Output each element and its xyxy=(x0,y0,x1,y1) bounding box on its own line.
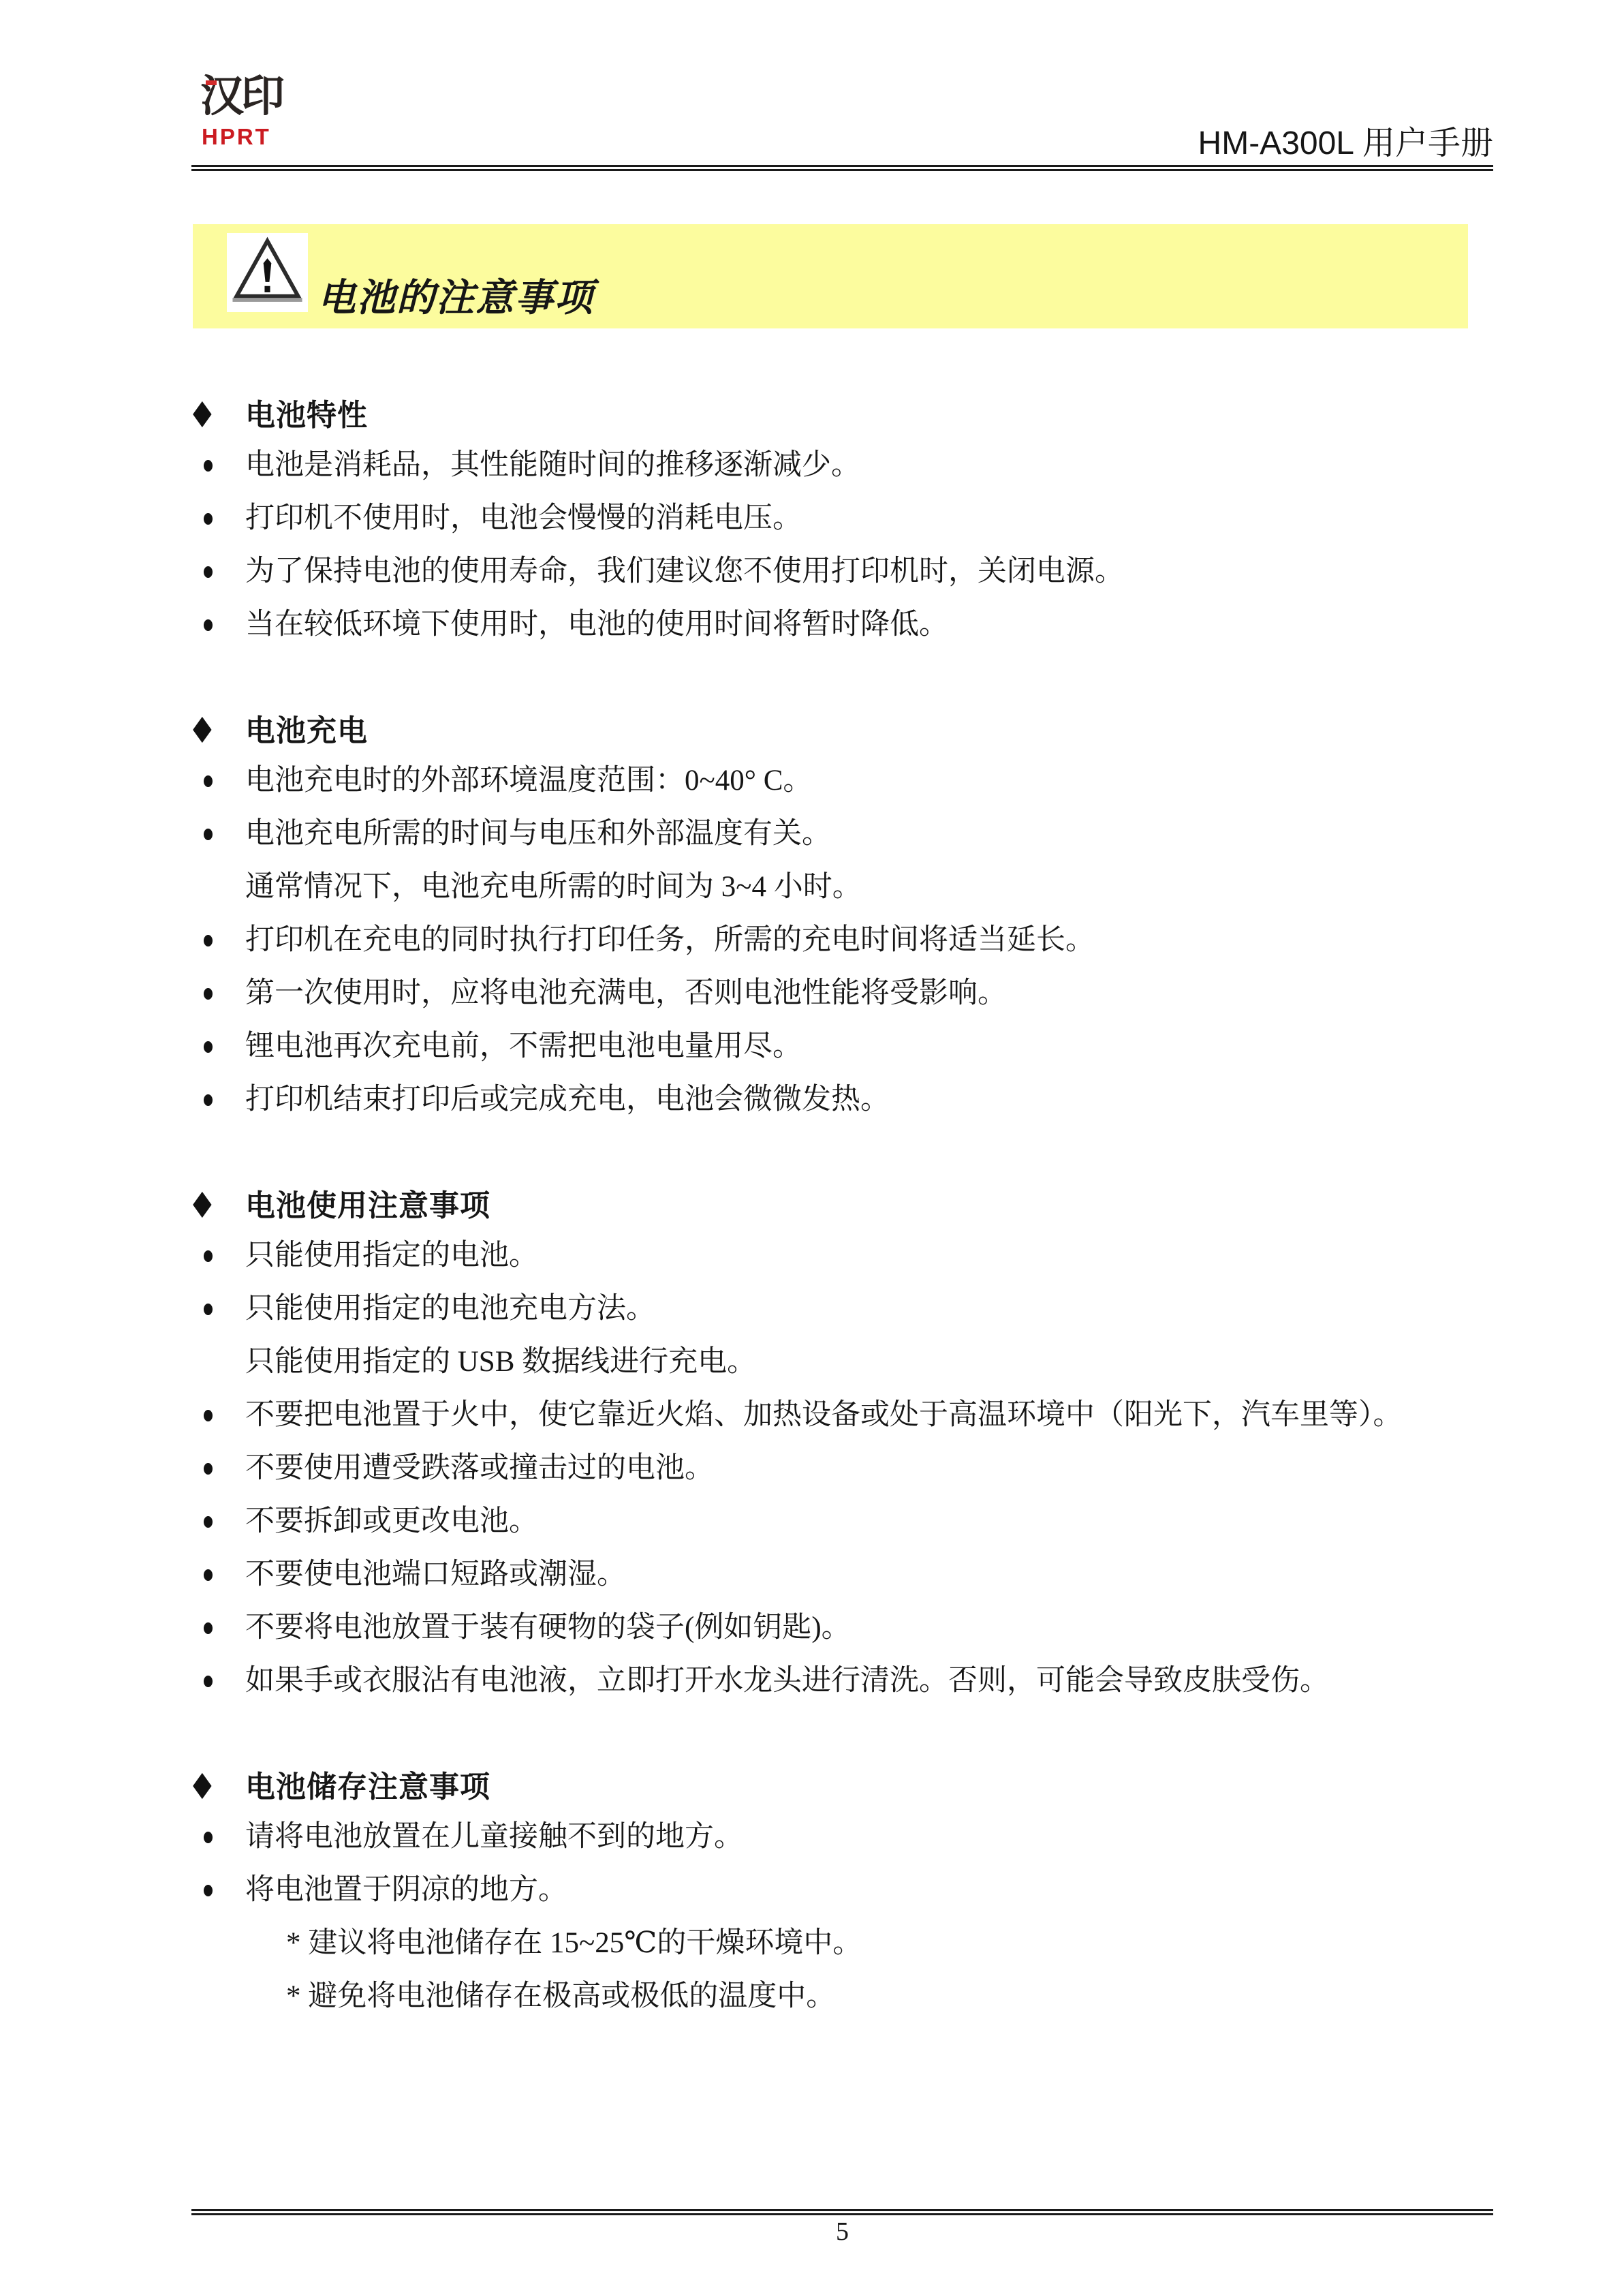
bullet-item: 只能使用指定的电池。 xyxy=(193,1229,1528,1282)
banner-title: 电池的注意事项 xyxy=(317,279,594,318)
item-text: 只能使用指定的电池。 xyxy=(245,1239,538,1272)
bullet-dot-icon xyxy=(204,775,213,787)
page-number: 5 xyxy=(191,2219,1493,2245)
bullet-dot-icon xyxy=(204,829,213,840)
bullet-item: 为了保持电池的使用寿命，我们建议您不使用打印机时，关闭电源。 xyxy=(193,545,1528,598)
bullet-dot-icon xyxy=(204,566,213,578)
bullet-item: 不要把电池置于火中，使它靠近火焰、加热设备或处于高温环境中（阳光下，汽车里等）。 xyxy=(193,1389,1528,1442)
hprt-logo-en: HPRT xyxy=(202,125,271,148)
item-text: 请将电池放置在儿童接触不到的地方。 xyxy=(245,1821,743,1853)
bullet-dot-icon xyxy=(204,1410,213,1421)
continuation-item: 只能使用指定的 USB 数据线进行充电。 xyxy=(193,1336,1528,1389)
bullet-item: 电池充电时的外部环境温度范围：0~40° C。 xyxy=(193,754,1528,807)
manual-page: 汉印 HPRT HM-A300L用户手册 电池的注意事项 ◆电池特性电池是消耗品… xyxy=(0,0,1624,2295)
note-item: * 避免将电池储存在极高或极低的温度中。 xyxy=(193,1970,1528,2023)
section-heading-text: 电池使用注意事项 xyxy=(245,1181,490,1224)
bullet-dot-icon xyxy=(204,619,213,631)
bullet-dot-icon xyxy=(204,1885,213,1896)
item-text: 不要将电池放置于装有硬物的袋子(例如钥匙)。 xyxy=(245,1612,851,1644)
section-3: ◆电池使用注意事项只能使用指定的电池。只能使用指定的电池充电方法。只能使用指定的… xyxy=(193,1176,1528,1708)
section-heading: ◆电池充电 xyxy=(193,701,1528,754)
bullet-item: 请将电池放置在儿童接触不到的地方。 xyxy=(193,1811,1528,1864)
bullet-item: 当在较低环境下使用时，电池的使用时间将暂时降低。 xyxy=(193,598,1528,651)
item-text: 将电池置于阴凉的地方。 xyxy=(245,1874,567,1906)
bullet-item: 第一次使用时，应将电池充满电，否则电池性能将受影响。 xyxy=(193,967,1528,1020)
bullet-dot-icon xyxy=(204,1569,213,1581)
item-text: 不要把电池置于火中，使它靠近火焰、加热设备或处于高温环境中（阳光下，汽车里等）。 xyxy=(245,1399,1403,1431)
bullet-dot-icon xyxy=(204,988,213,1000)
section-heading-text: 电池储存注意事项 xyxy=(245,1762,490,1806)
item-text: 当在较低环境下使用时，电池的使用时间将暂时降低。 xyxy=(245,609,948,641)
section-4: ◆电池储存注意事项请将电池放置在儿童接触不到的地方。将电池置于阴凉的地方。* 建… xyxy=(193,1757,1528,2023)
item-text: 只能使用指定的 USB 数据线进行充电。 xyxy=(245,1346,756,1378)
diamond-icon: ◆ xyxy=(193,1766,212,1800)
bullet-item: 打印机在充电的同时执行打印任务，所需的充电时间将适当延长。 xyxy=(193,914,1528,967)
bullet-dot-icon xyxy=(204,1832,213,1843)
content-area: ◆电池特性电池是消耗品，其性能随时间的推移逐渐减少。打印机不使用时，电池会慢慢的… xyxy=(193,386,1528,2023)
item-text: 为了保持电池的使用寿命，我们建议您不使用打印机时，关闭电源。 xyxy=(245,555,1124,587)
footer-divider xyxy=(191,2209,1493,2215)
bullet-item: 如果手或衣服沾有电池液，立即打开水龙头进行清洗。否则，可能会导致皮肤受伤。 xyxy=(193,1654,1528,1708)
item-text: 不要拆卸或更改电池。 xyxy=(245,1505,538,1537)
item-text: * 避免将电池储存在极高或极低的温度中。 xyxy=(286,1980,835,2012)
bullet-item: 锂电池再次充电前，不需把电池电量用尽。 xyxy=(193,1020,1528,1073)
bullet-dot-icon xyxy=(204,1041,213,1053)
item-text: 电池充电所需的时间与电压和外部温度有关。 xyxy=(245,818,831,850)
item-text: 通常情况下，电池充电所需的时间为 3~4 小时。 xyxy=(245,871,862,903)
bullet-dot-icon xyxy=(204,1304,213,1315)
bullet-item: 不要使用遭受跌落或撞击过的电池。 xyxy=(193,1442,1528,1495)
logo-red-accent xyxy=(206,80,217,85)
bullet-dot-icon xyxy=(204,1463,213,1475)
bullet-item: 打印机不使用时，电池会慢慢的消耗电压。 xyxy=(193,492,1528,545)
bullet-dot-icon xyxy=(204,460,213,472)
document-title: HM-A300L用户手册 xyxy=(1198,127,1493,161)
item-text: 打印机结束打印后或完成充电，电池会微微发热。 xyxy=(245,1083,890,1115)
bullet-item: 电池充电所需的时间与电压和外部温度有关。 xyxy=(193,807,1528,861)
bullet-dot-icon xyxy=(204,513,213,525)
bullet-item: 将电池置于阴凉的地方。 xyxy=(193,1864,1528,1917)
bullet-dot-icon xyxy=(204,1676,213,1687)
item-text: 电池是消耗品，其性能随时间的推移逐渐减少。 xyxy=(245,449,860,481)
bullet-dot-icon xyxy=(204,935,213,946)
document-title-model: HM-A300L xyxy=(1198,125,1354,161)
bullet-item: 不要使电池端口短路或潮湿。 xyxy=(193,1548,1528,1601)
item-text: 打印机在充电的同时执行打印任务，所需的充电时间将适当延长。 xyxy=(245,924,1095,956)
section-heading: ◆电池使用注意事项 xyxy=(193,1176,1528,1229)
bullet-item: 电池是消耗品，其性能随时间的推移逐渐减少。 xyxy=(193,439,1528,492)
bullet-dot-icon xyxy=(204,1516,213,1528)
item-text: 如果手或衣服沾有电池液，立即打开水龙头进行清洗。否则，可能会导致皮肤受伤。 xyxy=(245,1665,1329,1697)
section-heading-text: 电池特性 xyxy=(245,390,368,434)
item-text: 打印机不使用时，电池会慢慢的消耗电压。 xyxy=(245,502,802,534)
diamond-icon: ◆ xyxy=(193,1185,212,1219)
continuation-item: 通常情况下，电池充电所需的时间为 3~4 小时。 xyxy=(193,861,1528,914)
header-divider xyxy=(191,165,1493,171)
document-title-cn: 用户手册 xyxy=(1362,125,1493,161)
diamond-icon: ◆ xyxy=(193,395,212,429)
section-heading: ◆电池特性 xyxy=(193,386,1528,439)
bullet-item: 只能使用指定的电池充电方法。 xyxy=(193,1282,1528,1336)
diamond-icon: ◆ xyxy=(193,710,212,744)
bullet-dot-icon xyxy=(204,1250,213,1262)
item-text: 只能使用指定的电池充电方法。 xyxy=(245,1293,655,1325)
section-1: ◆电池特性电池是消耗品，其性能随时间的推移逐渐减少。打印机不使用时，电池会慢慢的… xyxy=(193,386,1528,651)
section-heading: ◆电池储存注意事项 xyxy=(193,1757,1528,1811)
warning-triangle-icon xyxy=(227,233,308,312)
bullet-item: 不要拆卸或更改电池。 xyxy=(193,1495,1528,1548)
item-text: 不要使电池端口短路或潮湿。 xyxy=(245,1558,626,1590)
section-heading-text: 电池充电 xyxy=(245,706,368,750)
item-text: 锂电池再次充电前，不需把电池电量用尽。 xyxy=(245,1030,802,1062)
bullet-item: 不要将电池放置于装有硬物的袋子(例如钥匙)。 xyxy=(193,1601,1528,1654)
item-text: 电池充电时的外部环境温度范围：0~40° C。 xyxy=(245,765,812,797)
battery-warning-banner: 电池的注意事项 xyxy=(193,224,1468,328)
bullet-dot-icon xyxy=(204,1094,213,1106)
bullet-dot-icon xyxy=(204,1622,213,1634)
item-text: 第一次使用时，应将电池充满电，否则电池性能将受影响。 xyxy=(245,977,1007,1009)
item-text: * 建议将电池储存在 15~25℃的干燥环境中。 xyxy=(286,1927,862,1959)
bullet-item: 打印机结束打印后或完成充电，电池会微微发热。 xyxy=(193,1073,1528,1126)
item-text: 不要使用遭受跌落或撞击过的电池。 xyxy=(245,1452,714,1484)
section-2: ◆电池充电电池充电时的外部环境温度范围：0~40° C。电池充电所需的时间与电压… xyxy=(193,701,1528,1126)
note-item: * 建议将电池储存在 15~25℃的干燥环境中。 xyxy=(193,1917,1528,1970)
